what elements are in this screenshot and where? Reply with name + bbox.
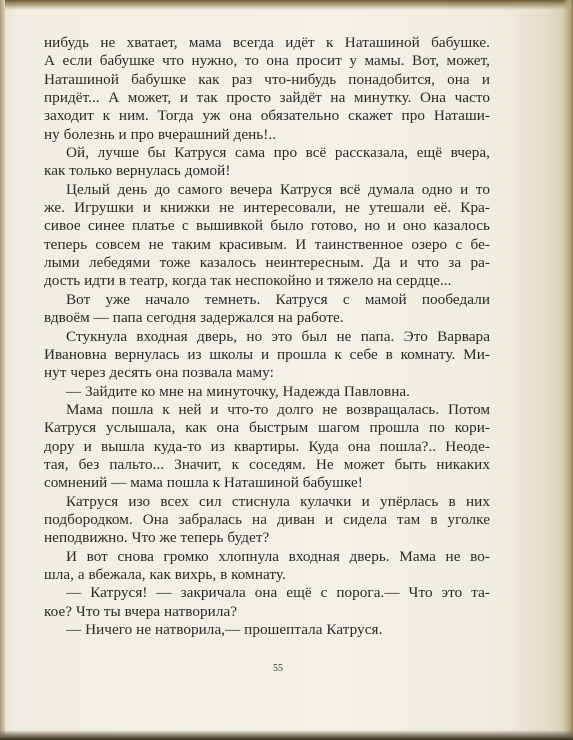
text-line: теперь совсем не таким красивым. И таинс… [44,236,490,254]
text-line: И вот снова громко хлопнула входная двер… [44,548,490,566]
body-text: нибудь не хватает, мама всегда идёт к На… [44,34,490,639]
text-line: вдвоём — папа сегодня задержался на рабо… [44,309,490,327]
text-line: Катруся изо всех сил стиснула кулачки и … [44,493,490,511]
text-line: подбородком. Она забралась на диван и си… [44,511,490,529]
text-line: как только вернулась домой! [44,162,490,180]
page-number: 55 [268,663,288,674]
text-line: А если бабушке что нужно, то она просит … [44,52,490,70]
text-line: — Катруся! — закричала она ещё с порога.… [44,584,490,602]
text-line: неподвижно. Что же теперь будет? [44,529,490,547]
page-spine-shadow [0,0,5,740]
book-page: нибудь не хватает, мама всегда идёт к На… [0,0,573,740]
text-line: Ивановна вернулась из школы и прошла к с… [44,346,490,364]
text-line: нибудь не хватает, мама всегда идёт к На… [44,34,490,52]
text-line: кое? Что ты вчера натворила? [44,603,490,621]
text-line: Мама пошла к ней и что-то долго не возвр… [44,401,490,419]
text-line: ну болезнь и про вчерашний день!.. [44,126,490,144]
text-line: придёт... А может, и так просто зайдёт н… [44,89,490,107]
text-line: — Ничего не натворила,— прошептала Катру… [44,621,490,639]
text-line: Ой, лучше бы Катруся сама про всё расска… [44,144,490,162]
text-line: заходит к ним. Тогда уж она обязательно … [44,107,490,125]
text-line: Стукнула входная дверь, но это был не па… [44,328,490,346]
text-line: дость идти в театр, когда так неспокойно… [44,272,490,290]
text-line: сомнений — мама пошла к Наташиной бабушк… [44,474,490,492]
text-line: Вот уже начало темнеть. Катруся с мамой … [44,291,490,309]
text-line: Катруся услышала, как она быстрым шагом … [44,419,490,437]
text-line: Наташиной бабушке как раз что-нибудь пон… [44,71,490,89]
page-right-edge [563,0,573,740]
text-line: же. Игрушки и книжки не интересовали, не… [44,199,490,217]
text-line: лыми лебедями тоже казалось неинтересным… [44,254,490,272]
text-line: — Зайдите ко мне на минуточку, Надежда П… [44,383,490,401]
text-line: сивое синее платье с вышивкой было готов… [44,217,490,235]
text-line: нут через десять она позвала маму: [44,364,490,382]
text-line: тая, без пальто... Значит, к соседям. Не… [44,456,490,474]
text-line: Целый день до самого вечера Катруся всё … [44,181,490,199]
text-line: шла, а вбежала, как вихрь, в комнату. [44,566,490,584]
text-line: дору и вышла куда-то из квартиры. Куда о… [44,438,490,456]
